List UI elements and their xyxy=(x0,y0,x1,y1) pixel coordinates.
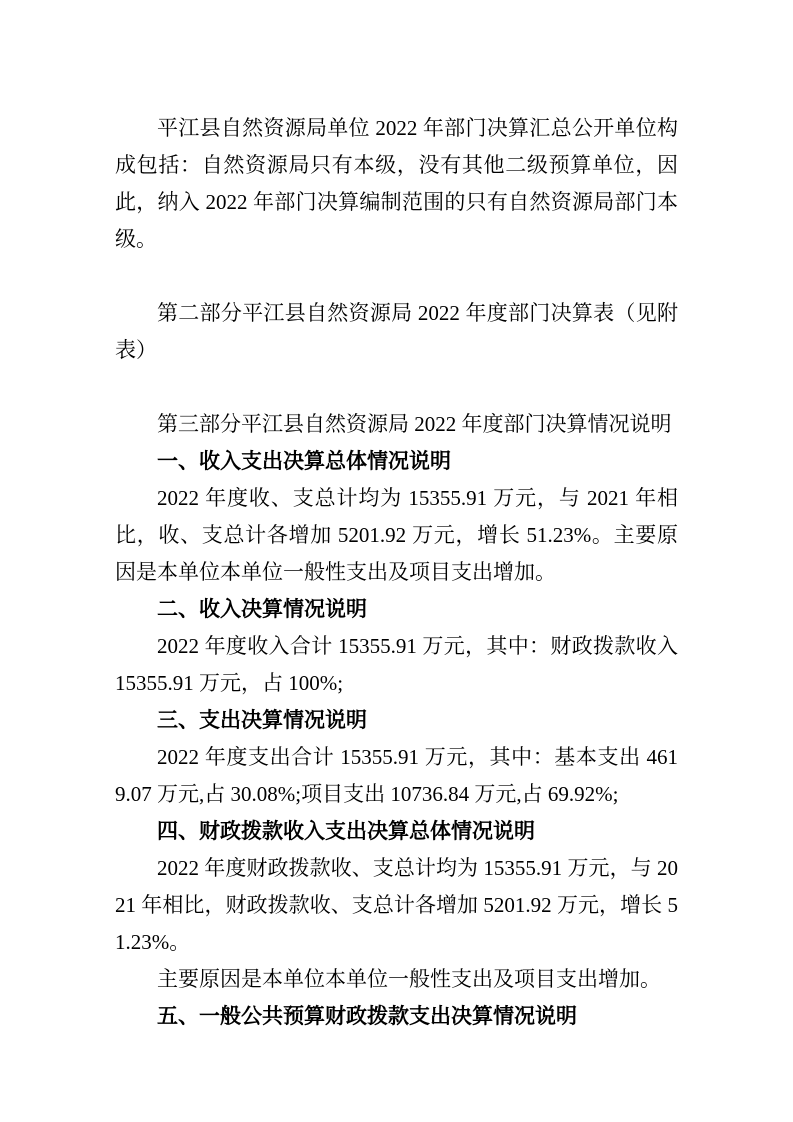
document-body: 平江县自然资源局单位 2022 年部门决算汇总公开单位构成包括：自然资源局只有本… xyxy=(115,110,678,1035)
para-fiscal-appropriation-overview: 2022 年度财政拨款收、支总计均为 15355.91 万元，与 2021 年相… xyxy=(115,850,678,961)
para-fiscal-appropriation-reason: 主要原因是本单位本单位一般性支出及项目支出增加。 xyxy=(115,961,678,998)
document-page: 平江县自然资源局单位 2022 年部门决算汇总公开单位构成包括：自然资源局只有本… xyxy=(0,0,793,1122)
heading-income-final-accounts: 二、收入决算情况说明 xyxy=(115,591,678,628)
para-income-final-accounts: 2022 年度收入合计 15355.91 万元，其中：财政拨款收入 15355.… xyxy=(115,628,678,702)
part-two-title: 第二部分平江县自然资源局 2022 年度部门决算表（见附表） xyxy=(115,295,678,369)
heading-expenditure-final-accounts: 三、支出决算情况说明 xyxy=(115,702,678,739)
para-expenditure-final-accounts: 2022 年度支出合计 15355.91 万元，其中：基本支出 4619.07 … xyxy=(115,739,678,813)
para-unit-composition: 平江县自然资源局单位 2022 年部门决算汇总公开单位构成包括：自然资源局只有本… xyxy=(115,110,678,258)
para-income-expenditure-overview: 2022 年度收、支总计均为 15355.91 万元，与 2021 年相比，收、… xyxy=(115,480,678,591)
heading-fiscal-appropriation-overview: 四、财政拨款收入支出决算总体情况说明 xyxy=(115,813,678,850)
part-three-title: 第三部分平江县自然资源局 2022 年度部门决算情况说明 xyxy=(115,406,678,443)
heading-general-public-budget-expenditure: 五、一般公共预算财政拨款支出决算情况说明 xyxy=(115,998,678,1035)
heading-income-expenditure-overview: 一、收入支出决算总体情况说明 xyxy=(115,443,678,480)
